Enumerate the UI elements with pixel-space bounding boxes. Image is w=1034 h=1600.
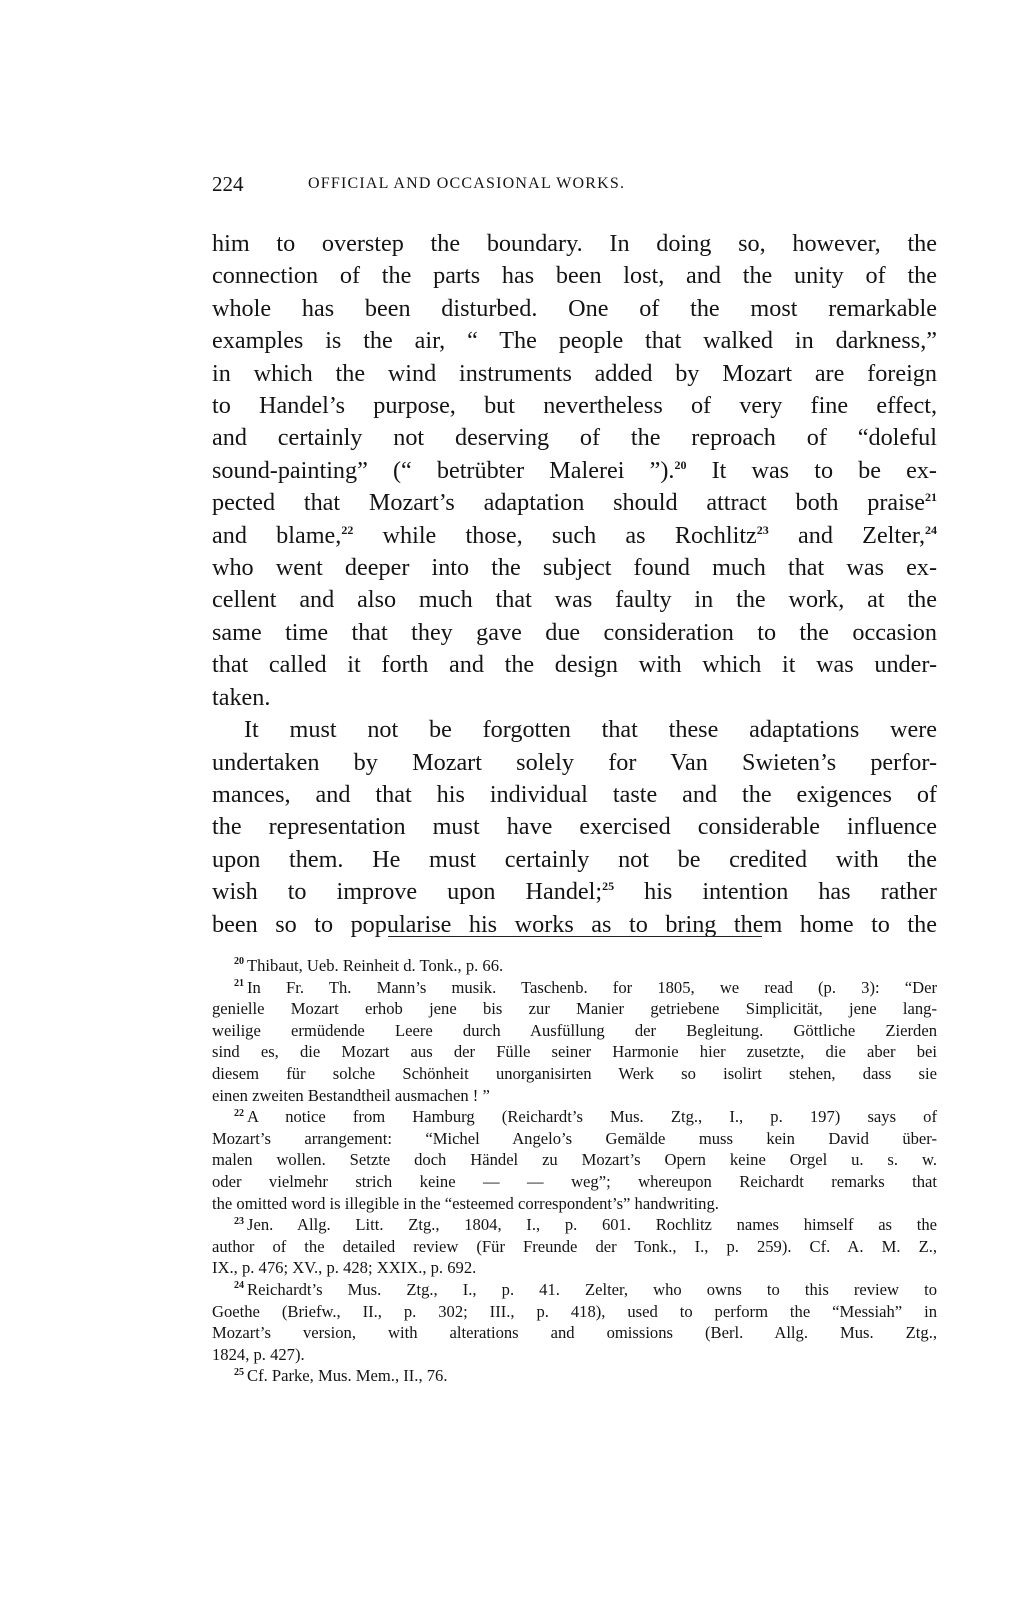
footnote-line: malen wollen. Setzte doch Händel zu Moza… — [212, 1149, 937, 1171]
text-line: It must not be forgotten that these adap… — [212, 714, 937, 746]
text-line: in which the wind instruments added by M… — [212, 358, 937, 390]
footnote-ref-24[interactable]: 24 — [925, 523, 937, 537]
text-line: and blame,22 while those, such as Rochli… — [212, 520, 937, 552]
footnote-line: Mozart’s version, with alterations and o… — [212, 1322, 937, 1344]
footnote-mark: 20 — [234, 956, 244, 967]
footnote-24: 24Reichardt’s Mus. Ztg., I., p. 41. Zelt… — [212, 1279, 937, 1365]
footnote-23: 23Jen. Allg. Litt. Ztg., 1804, I., p. 60… — [212, 1214, 937, 1279]
text-line: same time that they gave due considerati… — [212, 617, 937, 649]
text-line: cellent and also much that was faulty in… — [212, 584, 937, 616]
text-run: Thibaut, Ueb. Reinheit d. Tonk., p. 66. — [247, 956, 503, 975]
body-text: him to overstep the boundary. In doing s… — [212, 228, 937, 941]
footnote-mark: 21 — [234, 978, 244, 989]
footnote-line: Goethe (Briefw., II., p. 302; III., p. 4… — [212, 1301, 937, 1323]
footnote-line: 20Thibaut, Ueb. Reinheit d. Tonk., p. 66… — [212, 955, 937, 977]
page-number: 224 — [212, 172, 244, 197]
footnote-line: the omitted word is illegible in the “es… — [212, 1193, 937, 1215]
footnote-mark: 23 — [234, 1216, 244, 1227]
text-run: A notice from Hamburg (Reichardt’s Mus. … — [247, 1107, 937, 1126]
text-line: the representation must have exercised c… — [212, 811, 937, 843]
footnote-line: 22A notice from Hamburg (Reichardt’s Mus… — [212, 1106, 937, 1128]
footnote-21: 21In Fr. Th. Mann’s musik. Taschenb. for… — [212, 977, 937, 1107]
text-run: his intention has rather — [614, 878, 937, 905]
text-run: In Fr. Th. Mann’s musik. Taschenb. for 1… — [247, 978, 937, 997]
footnotes: 20Thibaut, Ueb. Reinheit d. Tonk., p. 66… — [212, 955, 937, 1387]
text-run: Reichardt’s Mus. Ztg., I., p. 41. Zelter… — [247, 1280, 937, 1299]
text-line: examples is the air, “ The people that w… — [212, 325, 937, 357]
text-line: him to overstep the boundary. In doing s… — [212, 228, 937, 260]
footnote-line: einen zweiten Bestandtheil ausmachen ! ” — [212, 1085, 937, 1107]
text-line: sound-painting” (“ betrübter Malerei ”).… — [212, 455, 937, 487]
text-line: and certainly not deserving of the repro… — [212, 422, 937, 454]
text-run: It was to be ex- — [686, 457, 937, 484]
text-line: wish to improve upon Handel;25 his inten… — [212, 876, 937, 908]
footnote-mark: 24 — [234, 1280, 244, 1291]
footnote-mark: 25 — [234, 1367, 244, 1378]
running-title: OFFICIAL AND OCCASIONAL WORKS. — [308, 175, 625, 193]
footnote-line: weilige ermüdende Leere durch Ausfüllung… — [212, 1020, 937, 1042]
text-line: to Handel’s purpose, but nevertheless of… — [212, 390, 937, 422]
text-line: whole has been disturbed. One of the mos… — [212, 293, 937, 325]
footnote-ref-22[interactable]: 22 — [341, 523, 353, 537]
footnote-line: 23Jen. Allg. Litt. Ztg., 1804, I., p. 60… — [212, 1214, 937, 1236]
footnote-20: 20Thibaut, Ueb. Reinheit d. Tonk., p. 66… — [212, 955, 937, 977]
text-line: undertaken by Mozart solely for Van Swie… — [212, 747, 937, 779]
footnote-line: 21In Fr. Th. Mann’s musik. Taschenb. for… — [212, 977, 937, 999]
text-run: and Zelter, — [769, 522, 925, 549]
paragraph-1: him to overstep the boundary. In doing s… — [212, 228, 937, 714]
text-line: that called it forth and the design with… — [212, 649, 937, 681]
paragraph-2: It must not be forgotten that these adap… — [212, 714, 937, 941]
text-line: taken. — [212, 682, 937, 714]
footnote-ref-21[interactable]: 21 — [925, 490, 937, 504]
text-run: Cf. Parke, Mus. Mem., II., 76. — [247, 1366, 448, 1385]
footnote-ref-23[interactable]: 23 — [757, 523, 769, 537]
text-run: while those, such as Rochlitz — [353, 522, 756, 549]
footnote-line: genielle Mozart erhob jene bis zur Manie… — [212, 998, 937, 1020]
footnote-line: diesem für solche Schönheit unorganisirt… — [212, 1063, 937, 1085]
footnote-line: 1824, p. 427). — [212, 1344, 937, 1366]
footnote-line: IX., p. 476; XV., p. 428; XXIX., p. 692. — [212, 1257, 937, 1279]
text-line: who went deeper into the subject found m… — [212, 552, 937, 584]
text-run: and blame, — [212, 522, 341, 549]
footnote-line: 25Cf. Parke, Mus. Mem., II., 76. — [212, 1365, 937, 1387]
footnote-line: oder vielmehr strich keine — — weg”; whe… — [212, 1171, 937, 1193]
text-run: wish to improve upon Handel; — [212, 878, 602, 905]
text-run: pected that Mozart’s adaptation should a… — [212, 489, 925, 516]
footnote-ref-20[interactable]: 20 — [674, 458, 686, 472]
footnote-line: author of the detailed review (Für Freun… — [212, 1236, 937, 1258]
footnote-line: 24Reichardt’s Mus. Ztg., I., p. 41. Zelt… — [212, 1279, 937, 1301]
text-line: mances, and that his individual taste an… — [212, 779, 937, 811]
footnote-line: sind es, die Mozart aus der Fülle seiner… — [212, 1041, 937, 1063]
footnote-divider — [388, 936, 762, 937]
footnote-line: Mozart’s arrangement: “Michel Angelo’s G… — [212, 1128, 937, 1150]
footnote-ref-25[interactable]: 25 — [602, 879, 614, 893]
text-line: pected that Mozart’s adaptation should a… — [212, 487, 937, 519]
text-line: connection of the parts has been lost, a… — [212, 260, 937, 292]
footnote-25: 25Cf. Parke, Mus. Mem., II., 76. — [212, 1365, 937, 1387]
text-run: Jen. Allg. Litt. Ztg., 1804, I., p. 601.… — [247, 1215, 937, 1234]
footnote-mark: 22 — [234, 1108, 244, 1119]
text-run: sound-painting” (“ betrübter Malerei ”). — [212, 457, 674, 484]
text-line: upon them. He must certainly not be cred… — [212, 844, 937, 876]
footnote-22: 22A notice from Hamburg (Reichardt’s Mus… — [212, 1106, 937, 1214]
